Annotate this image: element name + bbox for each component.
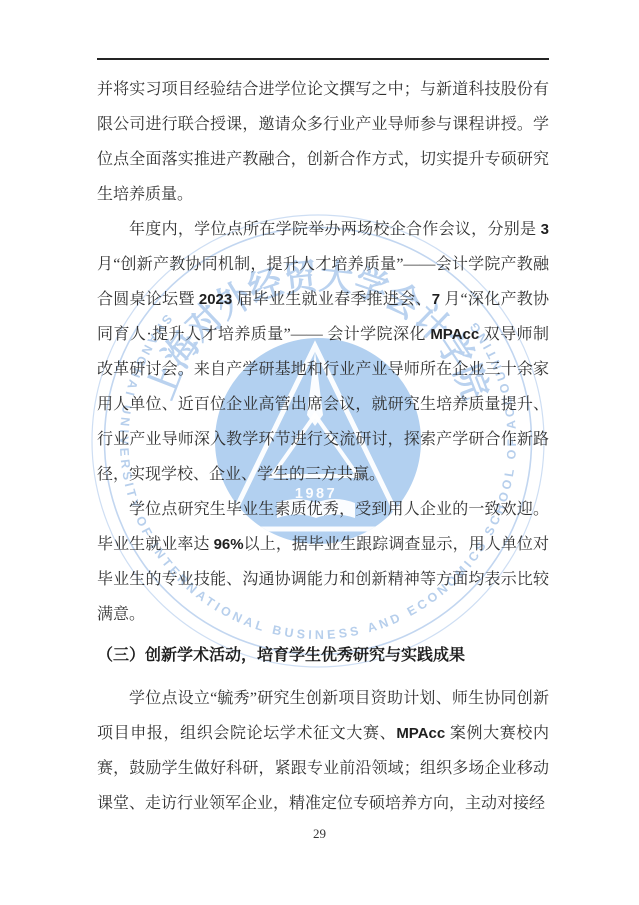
paragraph: 学位点研究生毕业生素质优秀，受到用人企业的一致欢迎。毕业生就业率达 96%以上，… — [97, 492, 549, 632]
document-page: 上海对外经贸大学会计学院 SHANGHAI UNIVERSITY OF INTE… — [0, 0, 639, 905]
header-rule — [97, 58, 549, 60]
paragraph: 并将实习项目经验结合进学位论文撰写之中；与新道科技股份有限公司进行联合授课，邀请… — [97, 72, 549, 212]
page-number: 29 — [0, 826, 639, 842]
document-body: 并将实习项目经验结合进学位论文撰写之中；与新道科技股份有限公司进行联合授课，邀请… — [97, 72, 549, 821]
paragraph: 年度内，学位点所在学院举办两场校企合作会议，分别是 3 月“创新产教协同机制，提… — [97, 212, 549, 492]
paragraph: 学位点设立“毓秀”研究生创新项目资助计划、师生协同创新项目申报，组织会院论坛学术… — [97, 681, 549, 821]
section-heading: （三）创新学术活动，培育学生优秀研究与实践成果 — [97, 638, 549, 673]
